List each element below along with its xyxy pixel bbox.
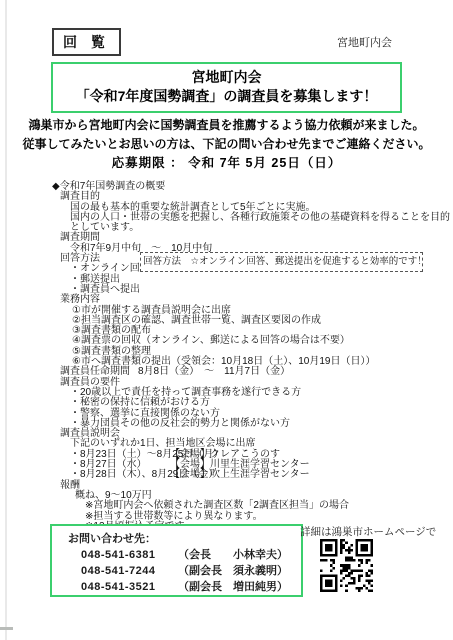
intro-section: 鴻巣市から宮地町内会に国勢調査員を推薦するよう協力依頼が来ました。 従事してみた… [0,116,453,173]
qr-code-svg [320,539,373,592]
contact-phone: 048-541-3521 [81,580,178,596]
session-date: ・8月28日（木）、8月29日（金） [70,470,170,480]
title-line-recruit: 「令和7年度国勢調査」の調査員を募集します！ [53,87,400,106]
intro-line-1: 鴻巣市から宮地町内会に国勢調査員を推薦するよう協力依頼が来ました。 [0,116,453,135]
intro-line-2: 従事してみたいとお思いの方は、下記の問い合わせ先までご連絡ください。 [0,135,453,154]
contact-entry: 048-541-7244 （副会長 須永義明） [68,564,301,580]
answer-method: ・調査員へ提出 [70,285,432,295]
scan-artifact-bottom-left [0,627,13,630]
title-line-association: 宮地町内会 [53,68,400,87]
contact-phone: 048-541-6381 [81,548,178,564]
briefing-session: ・8月28日（木）、8月29日（金） 【会場】吹上生涯学習センター [70,470,432,480]
circular-stamp-box: 回 覧 [52,28,121,56]
circular-stamp-label: 回 覧 [63,34,110,50]
qr-code [320,539,373,592]
association-name-top: 宮地町内会 [337,34,392,50]
reward-note: ※宮地町内会へ依頼された調査区数「2調査区担当」の場合 [85,501,432,511]
answer-efficiency-note-box: 回答方法 ☆オンライン回答、郵送提出を促進すると効率的です！ [140,252,423,272]
appointment-label: 調査員任命期間 [60,366,130,377]
application-deadline: 応募期限 ： 令和 7年 5月 25日（日） [0,154,453,173]
session-venue: 【会場】吹上生涯学習センター [170,470,310,480]
contact-heading: お問い合わせ先： [68,533,301,548]
scan-artifact-left-edge [5,0,7,640]
requirement-item: ・秘密の保持に信頼がおける方 [70,398,432,408]
appointment-value: 8月8日（金） ～ 11月7日（金） [138,366,290,377]
contact-box: お問い合わせ先： 048-541-6381 （会長 小林幸夫） 048-541-… [50,524,303,597]
contact-phone: 048-541-7244 [81,564,178,580]
contact-person: （会長 小林幸夫） [178,548,288,564]
overview-heading: ◆令和7年国勢調査の概要 [52,182,432,192]
purpose-line: としています。 [70,223,432,233]
contact-person: （副会長 増田純男） [178,580,288,596]
contact-entry: 048-541-3521 （副会長 増田純男） [68,580,301,596]
contact-person: （副会長 須永義明） [178,564,288,580]
homepage-note: 詳細は鴻巣市ホームページで [300,524,436,539]
recruitment-title-box: 宮地町内会 「令和7年度国勢調査」の調査員を募集します！ [51,62,402,113]
overview-section: ◆令和7年国勢調査の概要 調査目的 国の最も基本的重要な統計調査として5年ごとに… [52,182,432,532]
requirement-item: ・暴力団員その他の反社会的勢力と関係がない方 [70,419,432,429]
answer-method-block: 回答方法 ・オンライン回答 ・郵送提出 ・調査員へ提出 回答方法 ☆オンライン回… [52,254,432,295]
contact-entry: 048-541-6381 （会長 小林幸夫） [68,548,301,564]
